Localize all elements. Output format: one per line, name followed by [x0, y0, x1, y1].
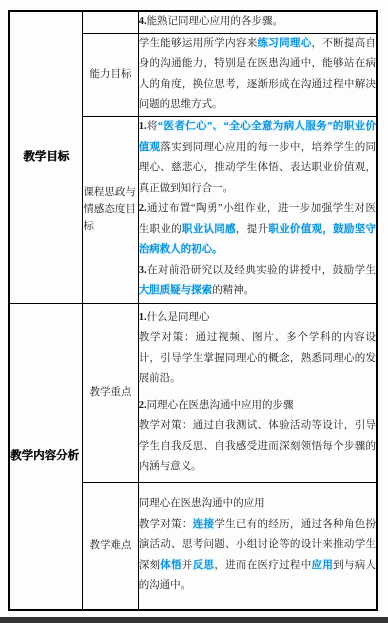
body-text: 同理心在医患沟通中的应用 [139, 498, 265, 509]
body-text: 1. [139, 121, 147, 132]
section-label-teaching-goals: 教学目标 [9, 11, 83, 303]
sub-label-ability-goal: 能力目标 [83, 33, 138, 116]
body-text: 教学对策：通过视频、图片、多个学科的内容设计，引导学生掌握同理心的概念，熟悉同理… [139, 332, 376, 384]
paragraph: 4.能熟记同理心应用的各步骤。 [139, 12, 376, 33]
paragraph: 学生能够运用所学内容来练习同理心，不断提高自身的沟通能力，特别是在医患沟通中，能… [139, 34, 376, 116]
body-text: 教学对策： [139, 519, 193, 530]
window-bottom-bar [0, 617, 388, 623]
body-text: 3. [139, 265, 147, 276]
section-label-content-analysis: 教学内容分析 [9, 303, 83, 610]
paragraph: 同理心在医患沟通中的应用 [139, 494, 376, 515]
cell-ideology-emotion-goal: 1.将“医者仁心”、“全心全意为病人服务”的职业价值观落实到同理心应用的每一步中… [138, 116, 377, 303]
table-row: 教学内容分析 教学重点 1.什么是同理心教学对策：通过视频、图片、多个学科的内容… [9, 303, 377, 482]
highlighted-text: 体悟 [160, 560, 182, 571]
highlighted-text: 连接 [193, 519, 215, 530]
cell-teaching-difficulty: 同理心在医患沟通中的应用教学对策：连接学生已有的经历，通过各种角色扮演活动、思考… [138, 482, 377, 610]
body-text: 什么是同理心 [147, 312, 210, 323]
body-text: 1. [139, 312, 147, 323]
paragraph: 教学对策：通过视频、图片、多个学科的内容设计，引导学生掌握同理心的概念，熟悉同理… [139, 328, 376, 390]
body-text: 4. [139, 16, 147, 27]
body-text: 落实到同理心应用的每一步中，培养学生的同理心、慈悲心，推动学生体悟、表达职业价值… [139, 142, 376, 194]
document-page: { "colors": { "highlight_blue": "#0a8fd8… [0, 0, 388, 623]
body-text: 学生能够运用所学内容来 [139, 38, 258, 49]
sub-label-teaching-difficulty: 教学难点 [83, 482, 138, 610]
body-text: 并 [182, 560, 193, 571]
body-text: ，提升 [236, 224, 268, 235]
body-text: 能熟记同理心应用的各步骤。 [147, 16, 284, 27]
highlighted-text: 大胆质疑与探索 [139, 285, 213, 296]
sub-label-teaching-focus: 教学重点 [83, 303, 138, 482]
paragraph: 1.将“医者仁心”、“全心全意为病人服务”的职业价值观落实到同理心应用的每一步中… [139, 117, 376, 199]
paragraph: 3.在对前沿研究以及经典实验的讲授中，鼓励学生大胆质疑与探索的精神。 [139, 261, 376, 302]
body-text: 同理心在医患沟通中应用的步骤 [147, 400, 294, 411]
highlighted-text: 练习同理心 [258, 38, 312, 49]
body-text: 2. [139, 203, 147, 214]
cell-ability-goal: 学生能够运用所学内容来练习同理心，不断提高自身的沟通能力，特别是在医患沟通中，能… [138, 33, 377, 116]
paragraph: 教学对策：连接学生已有的经历，通过各种角色扮演活动、思考问题、小组讨论等的设计来… [139, 515, 376, 597]
table-row: 教学目标 4.能熟记同理心应用的各步骤。 [9, 11, 377, 33]
body-text: 在对前沿研究以及经典实验的讲授中，鼓励学生 [147, 265, 376, 276]
paragraph: 2.同理心在医患沟通中应用的步骤 [139, 396, 376, 417]
cell-knowledge-goal-item: 4.能熟记同理心应用的各步骤。 [138, 11, 377, 33]
sub-label-ideology-emotion-goal: 课程思政与情感态度目标 [83, 116, 138, 303]
body-text: 的精神。 [212, 285, 254, 296]
highlighted-text: 应用 [312, 560, 334, 571]
highlighted-text: 反思 [193, 560, 215, 571]
paragraph: 教学对策：通过自我测试、体验活动等设计，引导学生自我反思、自我感受进而深刻领悟每… [139, 416, 376, 478]
cell-teaching-focus: 1.什么是同理心教学对策：通过视频、图片、多个学科的内容设计，引导学生掌握同理心… [138, 303, 377, 482]
body-text: 教学对策：通过自我测试、体验活动等设计，引导学生自我反思、自我感受进而深刻领悟每… [139, 420, 376, 472]
highlighted-text: 职业认同感 [182, 224, 236, 235]
lesson-plan-table: 教学目标 4.能熟记同理心应用的各步骤。 能力目标 学生能够运用所学内容来练习同… [8, 10, 378, 611]
body-text: 将 [147, 121, 158, 132]
paragraph: 1.什么是同理心 [139, 308, 376, 329]
sub-label-empty [83, 11, 138, 33]
paragraph: 2.通过布置“陶勇”小组作业，进一步加强学生对医生职业的职业认同感，提升职业价值… [139, 199, 376, 261]
body-text: 2. [139, 400, 147, 411]
body-text: ，进而在医疗过程中 [214, 560, 311, 571]
